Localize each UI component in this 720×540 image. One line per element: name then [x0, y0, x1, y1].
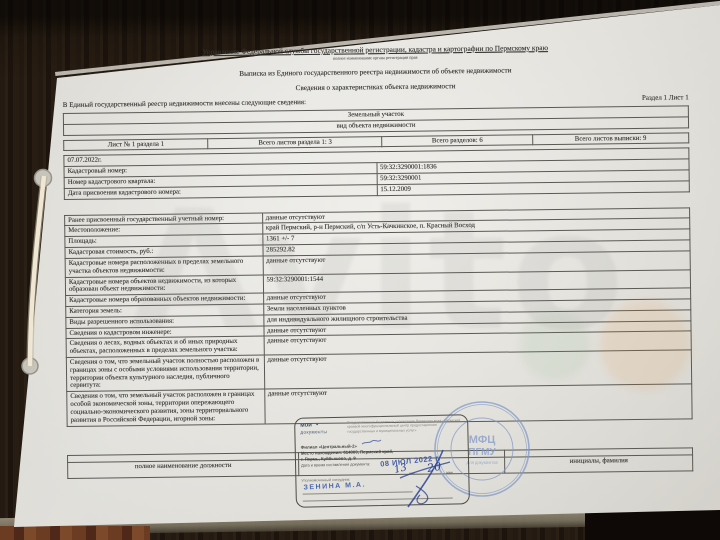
document-title: Выписка из Единого государственного реес…: [62, 65, 688, 81]
hours-suffix: час: [409, 471, 415, 475]
cadastral-table: 07.07.2022г. Кадастровый номер: 59:32:32…: [63, 148, 689, 200]
datetime-label: Дата и время составления документа:: [301, 461, 370, 467]
stamp-rule-line: [303, 498, 453, 502]
initials-caption: инициалы, фамилия: [505, 454, 693, 472]
handwritten-hours: 13: [393, 462, 408, 476]
mfc-logo-text1: мои: [300, 422, 312, 428]
mfc-organization-name: Государственное бюджетное учреждение Пер…: [347, 418, 465, 434]
section-sheet-label: Раздел 1 Лист 1: [642, 93, 689, 102]
row-label: Сведения о том, что земельный участок ра…: [67, 389, 265, 426]
details-table: Ранее присвоенный государственный учетны…: [64, 207, 693, 427]
round-stamp-line1: МФЦ: [469, 434, 496, 446]
mfc-address-line1: Место нахождения: 614000, Пермский край,: [301, 449, 394, 456]
mfc-logo: мои ◔ документы: [300, 421, 344, 436]
round-stamp-line3: Для документов: [466, 460, 498, 465]
row-label: Сведения о лесах, водных объектах и об и…: [66, 336, 264, 357]
sheets-in-section: Всего листов раздела 1: 3: [208, 136, 382, 149]
row-label: Кадастровые номера объектов недвижимости…: [65, 275, 263, 296]
officer-name-stamp: ЗЕНИНА М.А.: [303, 482, 366, 492]
sheet-number: Лист № 1 раздела 1: [64, 138, 208, 151]
sheets-total: Всего листов выписки: 9: [532, 132, 688, 145]
document-subtitle: Сведения о характеристиках объекта недви…: [63, 79, 689, 95]
round-stamp-line2: ПГМУ: [468, 447, 496, 458]
sections-total: Всего разделов: 6: [382, 134, 532, 147]
row-label: Сведения о том, что земельный участок по…: [66, 355, 264, 392]
row-label: Кадастровые номера расположенных в преде…: [65, 256, 263, 277]
document-content: Управление Федеральной службы государств…: [62, 36, 693, 478]
carved-wood-bottom-left: [0, 526, 150, 540]
object-type-table: Земельный участок вид объекта недвижимос…: [63, 105, 689, 135]
intro-text: В Единый государственный реестр недвижим…: [63, 98, 306, 109]
minutes-suffix: мин: [446, 471, 453, 475]
handwritten-minutes: 20: [426, 460, 442, 475]
mfc-logo-icon: ◔: [314, 421, 319, 429]
stamp-rule-line: [303, 491, 413, 494]
position-name-caption: полное наименование должности: [68, 459, 299, 478]
mfc-stamp-box: мои ◔ документы Государственное бюджетно…: [294, 414, 470, 508]
row-value: данные отсутствуют: [264, 350, 692, 389]
mfc-logo-text2: документы: [300, 430, 344, 436]
